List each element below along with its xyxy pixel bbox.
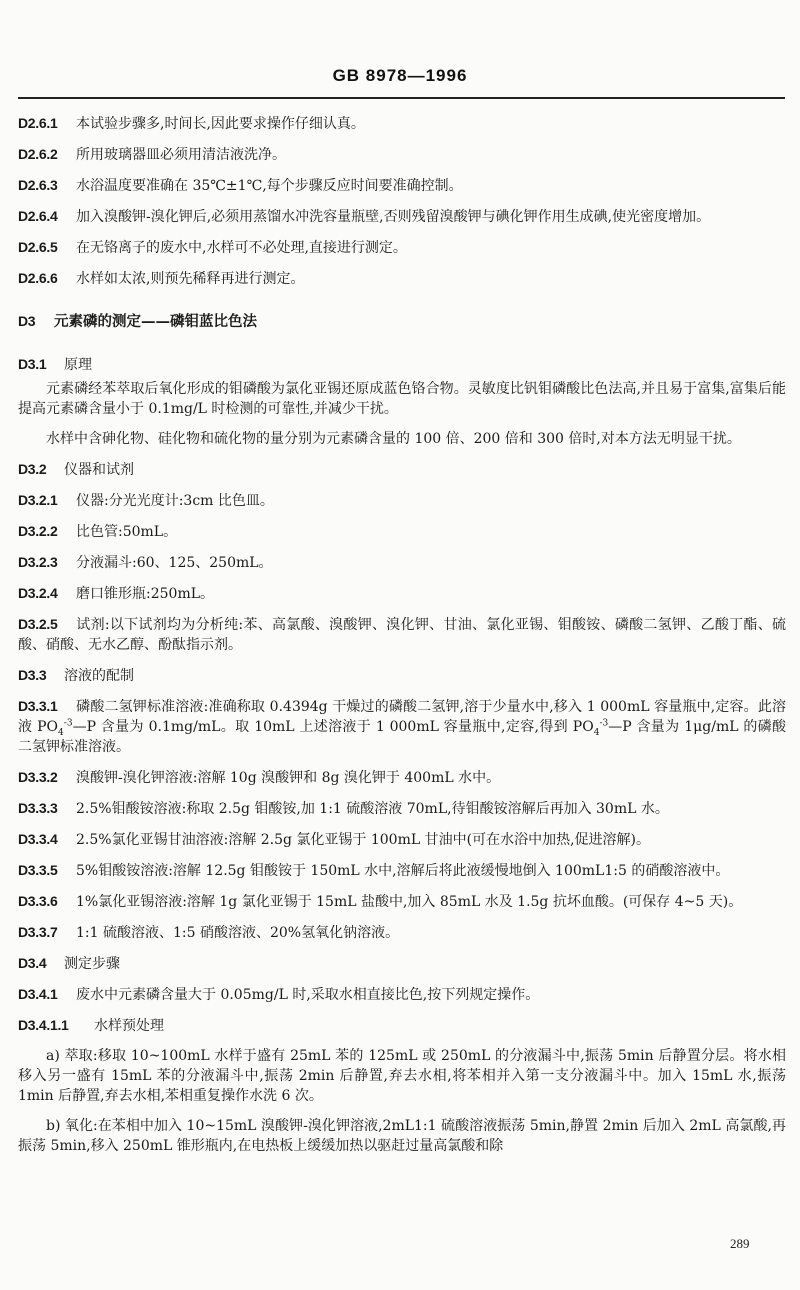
clause-number: D3.3.5	[18, 860, 76, 880]
subsection-number: D3.4	[18, 953, 64, 973]
clause-number: D3.2.2	[18, 521, 76, 541]
clause-text: 试剂:以下试剂均为分析纯:苯、高氯酸、溴酸钾、溴化钾、甘油、氯化亚锡、钼酸铵、磷…	[18, 617, 786, 653]
clause: D3.3.55%钼酸铵溶液:溶解 12.5g 钼酸铵于 150mL 水中,溶解后…	[18, 860, 786, 881]
clause: D3.3.42.5%氯化亚锡甘油溶液:溶解 2.5g 氯化亚锡于 100mL 甘…	[18, 829, 786, 850]
clause: D3.2.1仪器:分光光度计:3cm 比色皿。	[18, 490, 786, 511]
clause-number: D2.6.3	[18, 175, 76, 195]
clause-number: D3.2.1	[18, 490, 76, 510]
document-page: GB 8978—1996 D2.6.1本试验步骤多,时间长,因此要求操作仔细认真…	[0, 0, 800, 1290]
clause-text: 溴酸钾-溴化钾溶液:溶解 10g 溴酸钾和 8g 溴化钾于 400mL 水中。	[76, 770, 500, 786]
clause-number: D3.3.1	[18, 696, 76, 716]
subsection-title: 溶液的配制	[64, 668, 134, 684]
subsection-number: D3.3	[18, 665, 64, 685]
clause-text: 废水中元素磷含量大于 0.05mg/L 时,采取水相直接比色,按下列规定操作。	[76, 987, 539, 1003]
clause: D2.6.1本试验步骤多,时间长,因此要求操作仔细认真。	[18, 113, 786, 134]
clause: D3.2.4磨口锥形瓶:250mL。	[18, 583, 786, 604]
clause-text: 磨口锥形瓶:250mL。	[76, 586, 214, 602]
clause-number: D3.2.4	[18, 583, 76, 603]
clause-number: D2.6.6	[18, 268, 76, 288]
clause: D2.6.3水浴温度要准确在 35℃±1℃,每个步骤反应时间要准确控制。	[18, 175, 786, 196]
clause-text: 水样预处理	[94, 1018, 164, 1034]
subsection-heading: D3.1原理	[18, 354, 786, 375]
clause-number: D3.3.6	[18, 891, 76, 911]
clause-number: D3.3.2	[18, 767, 76, 787]
clause-number: D3.2.3	[18, 552, 76, 572]
paragraph: 元素磷经苯萃取后氧化形成的钼磷酸为氯化亚锡还原成蓝色铬合物。灵敏度比钒钼磷酸比色…	[18, 379, 786, 419]
clause-text-part: —P 含量为 0.1mg/mL。取 10mL 上述溶液于 1 000mL 容量瓶…	[73, 719, 594, 735]
page-number: 289	[730, 1236, 750, 1252]
clause-text: 所用玻璃器皿必须用清洁液洗净。	[76, 147, 286, 163]
clause-number: D3.3.7	[18, 922, 76, 942]
clause-text: 2.5%钼酸铵溶液:称取 2.5g 钼酸铵,加 1:1 硫酸溶液 70mL,待钼…	[76, 801, 669, 817]
superscript: -3	[64, 718, 73, 728]
subsection-heading: D3.2仪器和试剂	[18, 459, 786, 480]
clause: D3.3.32.5%钼酸铵溶液:称取 2.5g 钼酸铵,加 1:1 硫酸溶液 7…	[18, 798, 786, 819]
clause-text: 本试验步骤多,时间长,因此要求操作仔细认真。	[76, 116, 365, 132]
clause-number: D3.2.5	[18, 614, 76, 634]
clause: D2.6.6水样如太浓,则预先稀释再进行测定。	[18, 268, 786, 289]
clause-text: 1:1 硫酸溶液、1:5 硝酸溶液、20%氢氧化钠溶液。	[76, 925, 399, 941]
superscript: -3	[599, 718, 608, 728]
subsection-heading: D3.4测定步骤	[18, 953, 786, 974]
clause-text: 加入溴酸钾-溴化钾后,必须用蒸馏水冲洗容量瓶壁,否则残留溴酸钾与碘化钾作用生成碘…	[76, 209, 710, 225]
subsection-title: 仪器和试剂	[64, 462, 134, 478]
header-divider	[18, 97, 785, 99]
subsection-title: 原理	[64, 357, 92, 373]
clause: D3.4.1.1水样预处理	[18, 1015, 786, 1036]
document-header-title: GB 8978—1996	[0, 66, 800, 86]
clause-text: 1%氯化亚锡溶液:溶解 1g 氯化亚锡于 15mL 盐酸中,加入 85mL 水及…	[76, 894, 742, 910]
clause: D3.3.1磷酸二氢钾标准溶液:准确称取 0.4394g 干燥过的磷酸二氢钾,溶…	[18, 696, 786, 757]
paragraph: a) 萃取:移取 10~100mL 水样于盛有 25mL 苯的 125mL 或 …	[18, 1046, 786, 1106]
clause: D2.6.2所用玻璃器皿必须用清洁液洗净。	[18, 144, 786, 165]
document-body: D2.6.1本试验步骤多,时间长,因此要求操作仔细认真。 D2.6.2所用玻璃器…	[18, 113, 786, 1166]
clause-number: D2.6.2	[18, 144, 76, 164]
clause-text: 水样如太浓,则预先稀释再进行测定。	[76, 271, 304, 287]
clause-number: D2.6.4	[18, 206, 76, 226]
section-number: D3	[18, 311, 54, 331]
paragraph: b) 氧化:在苯相中加入 10~15mL 溴酸钾-溴化钾溶液,2mL1:1 硫酸…	[18, 1116, 786, 1156]
clause-number: D3.3.4	[18, 829, 76, 849]
clause-number: D3.4.1	[18, 984, 76, 1004]
section-title: 元素磷的测定——磷钼蓝比色法	[54, 313, 257, 330]
clause: D2.6.4加入溴酸钾-溴化钾后,必须用蒸馏水冲洗容量瓶壁,否则残留溴酸钾与碘化…	[18, 206, 786, 227]
clause-number: D3.3.3	[18, 798, 76, 818]
clause: D3.4.1废水中元素磷含量大于 0.05mg/L 时,采取水相直接比色,按下列…	[18, 984, 786, 1005]
clause-number: D2.6.5	[18, 237, 76, 257]
clause: D3.2.3分液漏斗:60、125、250mL。	[18, 552, 786, 573]
clause-text: 在无铬离子的废水中,水样可不必处理,直接进行测定。	[76, 240, 407, 256]
clause-text: 分液漏斗:60、125、250mL。	[76, 555, 273, 571]
subsection-heading: D3.3溶液的配制	[18, 665, 786, 686]
clause: D3.2.5试剂:以下试剂均为分析纯:苯、高氯酸、溴酸钾、溴化钾、甘油、氯化亚锡…	[18, 614, 786, 655]
clause-text: 比色管:50mL。	[76, 524, 177, 540]
clause-text: 仪器:分光光度计:3cm 比色皿。	[76, 493, 274, 509]
subsection-number: D3.2	[18, 459, 64, 479]
paragraph: 水样中含砷化物、硅化物和硫化物的量分别为元素磷含量的 100 倍、200 倍和 …	[18, 429, 786, 449]
clause-text: 2.5%氯化亚锡甘油溶液:溶解 2.5g 氯化亚锡于 100mL 甘油中(可在水…	[76, 832, 650, 848]
clause-text: 5%钼酸铵溶液:溶解 12.5g 钼酸铵于 150mL 水中,溶解后将此液缓慢地…	[76, 863, 729, 879]
clause: D3.2.2比色管:50mL。	[18, 521, 786, 542]
subscript: 4	[594, 728, 600, 738]
clause: D2.6.5在无铬离子的废水中,水样可不必处理,直接进行测定。	[18, 237, 786, 258]
subsection-number: D3.1	[18, 354, 64, 374]
clause: D3.3.2溴酸钾-溴化钾溶液:溶解 10g 溴酸钾和 8g 溴化钾于 400m…	[18, 767, 786, 788]
clause: D3.3.71:1 硫酸溶液、1:5 硝酸溶液、20%氢氧化钠溶液。	[18, 922, 786, 943]
subsection-title: 测定步骤	[64, 956, 120, 972]
subscript: 4	[58, 728, 64, 738]
clause: D3.3.61%氯化亚锡溶液:溶解 1g 氯化亚锡于 15mL 盐酸中,加入 8…	[18, 891, 786, 912]
section-heading: D3元素磷的测定——磷钼蓝比色法	[18, 311, 786, 332]
clause-number: D2.6.1	[18, 113, 76, 133]
clause-text: 水浴温度要准确在 35℃±1℃,每个步骤反应时间要准确控制。	[76, 178, 463, 194]
clause-number: D3.4.1.1	[18, 1015, 94, 1035]
